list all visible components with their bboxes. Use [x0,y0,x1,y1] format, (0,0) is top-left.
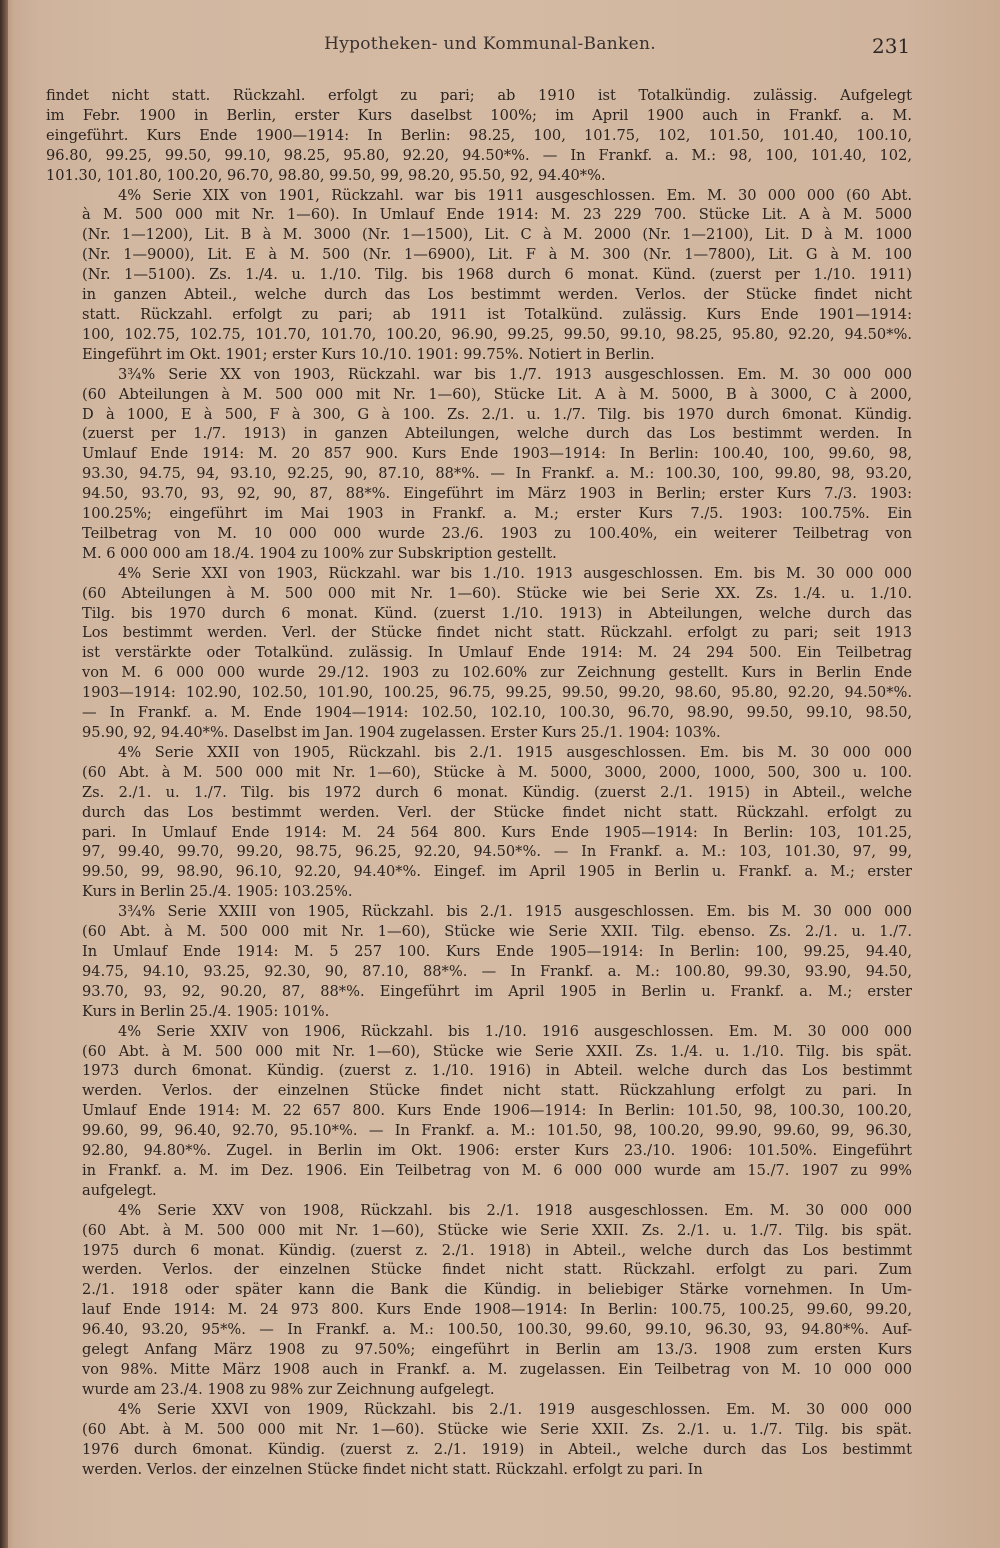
paragraph-serie-xxii: 4% Serie XXII von 1905, Rückzahl. bis 2.… [46,743,912,902]
text-line: (60 Abt. à M. 500 000 mit Nr. 1—60), Stü… [46,922,912,942]
text-line: Umlauf Ende 1914: M. 20 857 900. Kurs En… [46,444,912,464]
running-title: Hypotheken- und Kommunal-Banken. [300,34,680,54]
body-text: findet nicht statt. Rückzahl. erfolgt zu… [46,86,912,1479]
text-line: gelegt Anfang März 1908 zu 97.50%; einge… [46,1340,912,1360]
text-line: (Nr. 1—5100). Zs. 1./4. u. 1./10. Tilg. … [46,265,912,285]
paragraph-serie-xxvi: 4% Serie XXVI von 1909, Rückzahl. bis 2.… [46,1400,912,1480]
page-header: Hypotheken- und Kommunal-Banken. 231 [0,34,1000,66]
text-line: 94.50, 93.70, 93, 92, 90, 87, 88*%. Eing… [46,484,912,504]
text-line: (60 Abt. à M. 500 000 mit Nr. 1—60), Stü… [46,763,912,783]
paragraph-serie-xxi: 4% Serie XXI von 1903, Rückzahl. war bis… [46,564,912,743]
text-line: 96.80, 99.25, 99.50, 99.10, 98.25, 95.80… [46,146,912,166]
text-line: 93.70, 93, 92, 90.20, 87, 88*%. Eingefüh… [46,982,912,1002]
text-line: 3¾% Serie XXIII von 1905, Rückzahl. bis … [46,902,912,922]
paragraph-serie-xix: 4% Serie XIX von 1901, Rückzahl. war bis… [46,186,912,365]
text-line: werden. Verlos. der einzelnen Stücke fin… [46,1460,912,1480]
text-line: 4% Serie XXV von 1908, Rückzahl. bis 2./… [46,1201,912,1221]
text-line: 4% Serie XIX von 1901, Rückzahl. war bis… [46,186,912,206]
text-line: Umlauf Ende 1914: M. 22 657 800. Kurs En… [46,1101,912,1121]
text-line: Kurs in Berlin 25./4. 1905: 101%. [46,1002,912,1022]
text-line: von 98%. Mitte März 1908 auch in Frankf.… [46,1360,912,1380]
page-number: 231 [872,34,910,58]
text-line: statt. Rückzahl. erfolgt zu pari; ab 191… [46,305,912,325]
text-line: werden. Verlos. der einzelnen Stücke fin… [46,1260,912,1280]
text-line: Teilbetrag von M. 10 000 000 wurde 23./6… [46,524,912,544]
text-line: 4% Serie XXVI von 1909, Rückzahl. bis 2.… [46,1400,912,1420]
text-line: 4% Serie XXII von 1905, Rückzahl. bis 2.… [46,743,912,763]
text-line: D à 1000, E à 500, F à 300, G à 100. Zs.… [46,405,912,425]
paragraph-serie-xxv: 4% Serie XXV von 1908, Rückzahl. bis 2./… [46,1201,912,1400]
text-line: wurde am 23./4. 1908 zu 98% zur Zeichnun… [46,1380,912,1400]
text-line: Zs. 2./1. u. 1./7. Tilg. bis 1972 durch … [46,783,912,803]
text-line: 101.30, 101.80, 100.20, 96.70, 98.80, 99… [46,166,912,186]
paragraph-continuation: findet nicht statt. Rückzahl. erfolgt zu… [46,86,912,186]
text-line: aufgelegt. [46,1181,912,1201]
text-line: 100, 102.75, 102.75, 101.70, 101.70, 100… [46,325,912,345]
text-line: von M. 6 000 000 wurde 29./12. 1903 zu 1… [46,663,912,683]
text-line: 92.80, 94.80*%. Zugel. in Berlin im Okt.… [46,1141,912,1161]
text-line: findet nicht statt. Rückzahl. erfolgt zu… [46,86,912,106]
text-line: 4% Serie XXIV von 1906, Rückzahl. bis 1.… [46,1022,912,1042]
text-line: à M. 500 000 mit Nr. 1—60). In Umlauf En… [46,205,912,225]
text-line: 1975 durch 6 monat. Kündig. (zuerst z. 2… [46,1241,912,1261]
text-line: Tilg. bis 1970 durch 6 monat. Künd. (zue… [46,604,912,624]
text-line: Los bestimmt werden. Verl. der Stücke fi… [46,623,912,643]
text-line: 93.30, 94.75, 94, 93.10, 92.25, 90, 87.1… [46,464,912,484]
text-line: (60 Abt. à M. 500 000 mit Nr. 1—60). Stü… [46,1420,912,1440]
text-line: in ganzen Abteil., welche durch das Los … [46,285,912,305]
paragraph-serie-xxiv: 4% Serie XXIV von 1906, Rückzahl. bis 1.… [46,1022,912,1201]
text-line: 97, 99.40, 99.70, 99.20, 98.75, 96.25, 9… [46,842,912,862]
text-line: durch das Los bestimmt werden. Verl. der… [46,803,912,823]
paragraph-serie-xx: 3¾% Serie XX von 1903, Rückzahl. war bis… [46,365,912,564]
text-line: (60 Abteilungen à M. 500 000 mit Nr. 1—6… [46,385,912,405]
text-line: (zuerst per 1./7. 1913) in ganzen Abteil… [46,424,912,444]
text-line: 95.90, 92, 94.40*%. Daselbst im Jan. 190… [46,723,912,743]
text-line: — In Frankf. a. M. Ende 1904—1914: 102.5… [46,703,912,723]
page-edge [0,0,8,1548]
text-line: 2./1. 1918 oder später kann die Bank die… [46,1280,912,1300]
text-line: (Nr. 1—1200), Lit. B à M. 3000 (Nr. 1—15… [46,225,912,245]
text-line: 96.40, 93.20, 95*%. — In Frankf. a. M.: … [46,1320,912,1340]
text-line: Kurs in Berlin 25./4. 1905: 103.25%. [46,882,912,902]
text-line: (60 Abteilungen à M. 500 000 mit Nr. 1—6… [46,584,912,604]
text-line: (60 Abt. à M. 500 000 mit Nr. 1—60), Stü… [46,1042,912,1062]
text-line: lauf Ende 1914: M. 24 973 800. Kurs Ende… [46,1300,912,1320]
text-line: pari. In Umlauf Ende 1914: M. 24 564 800… [46,823,912,843]
text-line: 1903—1914: 102.90, 102.50, 101.90, 100.2… [46,683,912,703]
text-line: werden. Verlos. der einzelnen Stücke fin… [46,1081,912,1101]
paragraph-serie-xxiii: 3¾% Serie XXIII von 1905, Rückzahl. bis … [46,902,912,1021]
text-line: in Frankf. a. M. im Dez. 1906. Ein Teilb… [46,1161,912,1181]
text-line: 94.75, 94.10, 93.25, 92.30, 90, 87.10, 8… [46,962,912,982]
text-line: 4% Serie XXI von 1903, Rückzahl. war bis… [46,564,912,584]
text-line: In Umlauf Ende 1914: M. 5 257 100. Kurs … [46,942,912,962]
text-line: 100.25%; eingeführt im Mai 1903 in Frank… [46,504,912,524]
text-line: Eingeführt im Okt. 1901; erster Kurs 10.… [46,345,912,365]
text-line: im Febr. 1900 in Berlin, erster Kurs das… [46,106,912,126]
text-line: (60 Abt. à M. 500 000 mit Nr. 1—60), Stü… [46,1221,912,1241]
text-line: 99.50, 99, 98.90, 96.10, 92.20, 94.40*%.… [46,862,912,882]
text-line: (Nr. 1—9000), Lit. E à M. 500 (Nr. 1—690… [46,245,912,265]
text-line: 1976 durch 6monat. Kündig. (zuerst z. 2.… [46,1440,912,1460]
text-line: eingeführt. Kurs Ende 1900—1914: In Berl… [46,126,912,146]
text-line: 3¾% Serie XX von 1903, Rückzahl. war bis… [46,365,912,385]
text-line: M. 6 000 000 am 18./4. 1904 zu 100% zur … [46,544,912,564]
text-line: 1973 durch 6monat. Kündig. (zuerst z. 1.… [46,1061,912,1081]
text-line: 99.60, 99, 96.40, 92.70, 95.10*%. — In F… [46,1121,912,1141]
text-line: ist verstärkte oder Totalkünd. zulässig.… [46,643,912,663]
